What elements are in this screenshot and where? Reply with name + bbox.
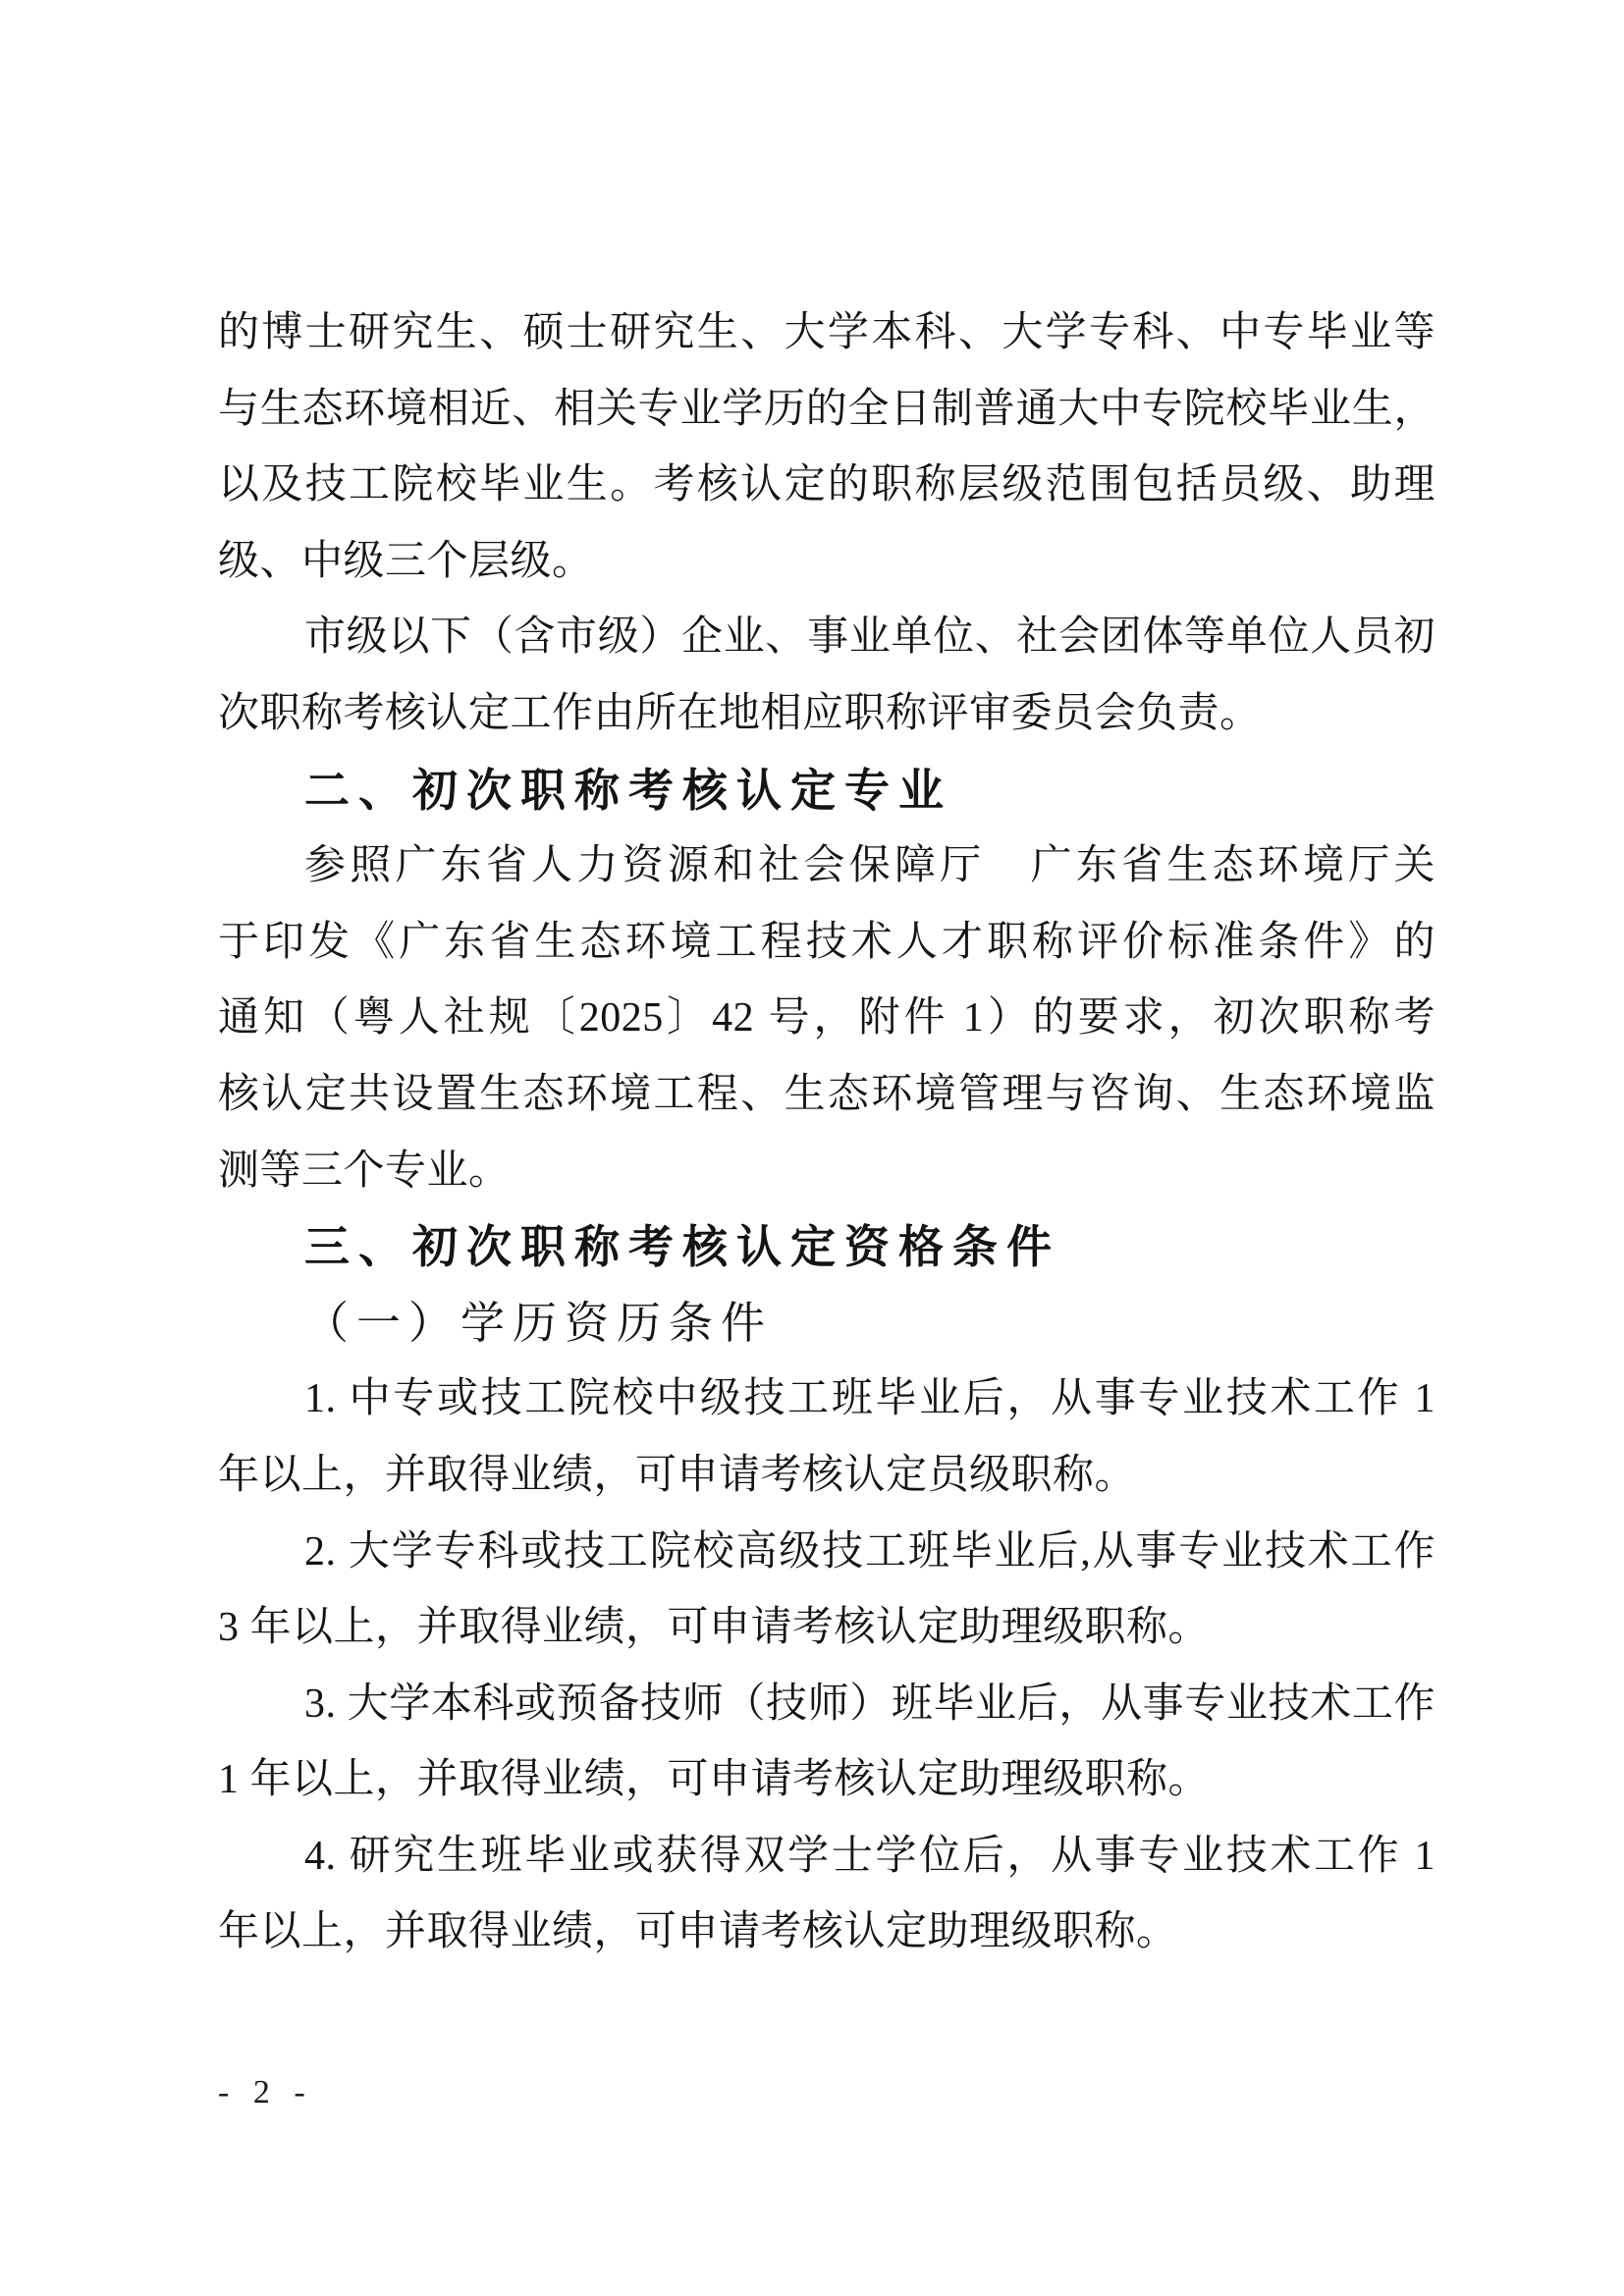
text-line: 次职称考核认定工作由所在地相应职称评审委员会负责。 [218, 676, 1435, 753]
page-number: - 2 - [218, 2073, 313, 2112]
document-page: 的博士研究生、硕士研究生、大学本科、大学专科、中专毕业等与生态环境相近、相关专业… [0, 0, 1624, 2296]
text-line: 1. 中专或技工院校中级技工班毕业后，从事专业技术工作 1 [218, 1362, 1435, 1438]
section-heading: （一）学历资历条件 [218, 1286, 1435, 1362]
text-line: 测等三个专业。 [218, 1134, 1435, 1210]
text-line: 3. 大学本科或预备技师（技师）班毕业后，从事专业技术工作 [218, 1667, 1435, 1743]
text-line: 于印发《广东省生态环境工程技术人才职称评价标准条件》的 [218, 905, 1435, 982]
text-line: 参照广东省人力资源和社会保障厅 广东省生态环境厅关 [218, 828, 1435, 905]
document-body: 的博士研究生、硕士研究生、大学本科、大学专科、中专毕业等与生态环境相近、相关专业… [218, 295, 1435, 1971]
text-line: 年以上，并取得业绩，可申请考核认定员级职称。 [218, 1438, 1435, 1515]
text-line: 年以上，并取得业绩，可申请考核认定助理级职称。 [218, 1895, 1435, 1971]
text-line: 级、中级三个层级。 [218, 524, 1435, 601]
text-line: 1 年以上，并取得业绩，可申请考核认定助理级职称。 [218, 1742, 1435, 1819]
text-line: 市级以下（含市级）企业、事业单位、社会团体等单位人员初 [218, 600, 1435, 676]
text-line: 3 年以上，并取得业绩，可申请考核认定助理级职称。 [218, 1590, 1435, 1667]
text-line: 通知（粤人社规〔2025〕42 号，附件 1）的要求，初次职称考 [218, 981, 1435, 1057]
text-line: 以及技工院校毕业生。考核认定的职称层级范围包括员级、助理 [218, 448, 1435, 524]
text-line: 4. 研究生班毕业或获得双学士学位后，从事专业技术工作 1 [218, 1819, 1435, 1896]
text-line: 的博士研究生、硕士研究生、大学本科、大学专科、中专毕业等 [218, 295, 1435, 372]
text-line: 与生态环境相近、相关专业学历的全日制普通大中专院校毕业生， [218, 372, 1435, 449]
section-heading: 二、初次职称考核认定专业 [218, 753, 1435, 829]
text-line: 核认定共设置生态环境工程、生态环境管理与咨询、生态环境监 [218, 1057, 1435, 1134]
section-heading: 三、初次职称考核认定资格条件 [218, 1209, 1435, 1286]
text-line: 2. 大学专科或技工院校高级技工班毕业后,从事专业技术工作 [218, 1515, 1435, 1591]
